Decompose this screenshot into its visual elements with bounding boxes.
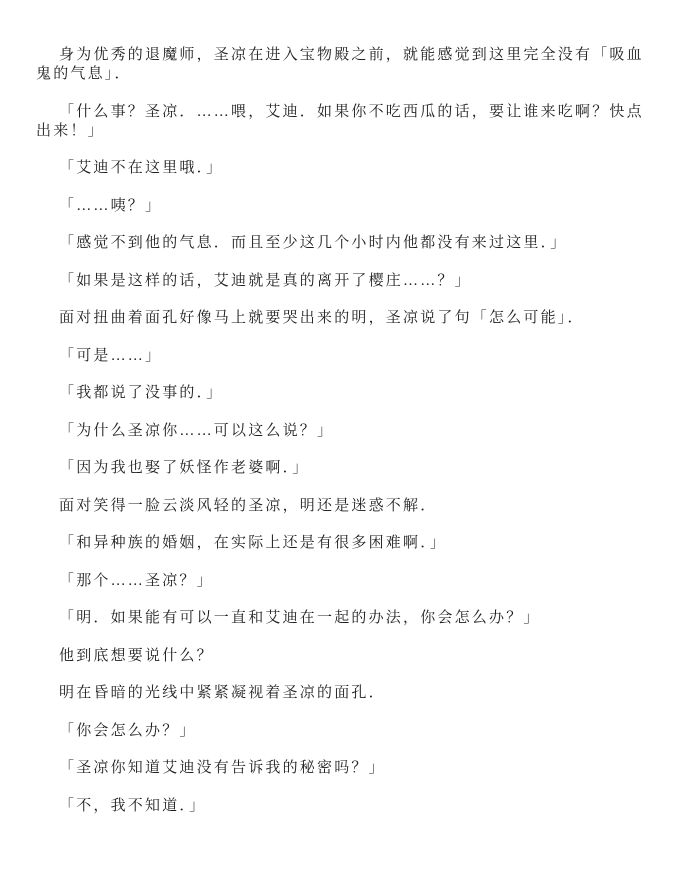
paragraph-15: 「明．如果能有可以一直和艾迪在一起的办法，你会怎么办？」 xyxy=(36,609,652,628)
paragraph-5: 「感觉不到他的气息．而且至少这几个小时内他都没有来过这里．」 xyxy=(36,234,652,253)
paragraph-14: 「那个……圣凉？」 xyxy=(36,572,652,591)
paragraph-4: 「……咦？」 xyxy=(36,197,652,216)
paragraph-2: 「什么事？圣凉．……喂，艾迪．如果你不吃西瓜的话，要让谁来吃啊？快点 出来！」 xyxy=(36,103,652,141)
paragraph-13: 「和异种族的婚姻，在实际上还是有很多困难啊．」 xyxy=(36,534,652,553)
paragraph-3: 「艾迪不在这里哦．」 xyxy=(36,159,652,178)
paragraph-1: 身为优秀的退魔师，圣凉在进入宝物殿之前，就能感觉到这里完全没有「吸血 鬼的气息」… xyxy=(36,46,652,84)
paragraph-9: 「我都说了没事的．」 xyxy=(36,384,652,403)
paragraph-20: 「不，我不知道．」 xyxy=(36,797,652,816)
novel-page: 身为优秀的退魔师，圣凉在进入宝物殿之前，就能感觉到这里完全没有「吸血 鬼的气息」… xyxy=(0,0,680,880)
paragraph-12: 面对笑得一脸云淡风轻的圣凉，明还是迷惑不解． xyxy=(36,497,652,516)
paragraph-19: 「圣凉你知道艾迪没有告诉我的秘密吗？」 xyxy=(36,759,652,778)
paragraph-18: 「你会怎么办？」 xyxy=(36,722,652,741)
paragraph-8: 「可是……」 xyxy=(36,347,652,366)
paragraph-7: 面对扭曲着面孔好像马上就要哭出来的明，圣凉说了句「怎么可能」． xyxy=(36,309,652,328)
paragraph-11: 「因为我也娶了妖怪作老婆啊．」 xyxy=(36,459,652,478)
paragraph-10: 「为什么圣凉你……可以这么说？」 xyxy=(36,422,652,441)
paragraph-6: 「如果是这样的话，艾迪就是真的离开了樱庄……？」 xyxy=(36,272,652,291)
paragraph-16: 他到底想要说什么？ xyxy=(36,647,652,666)
paragraph-17: 明在昏暗的光线中紧紧凝视着圣凉的面孔． xyxy=(36,684,652,703)
